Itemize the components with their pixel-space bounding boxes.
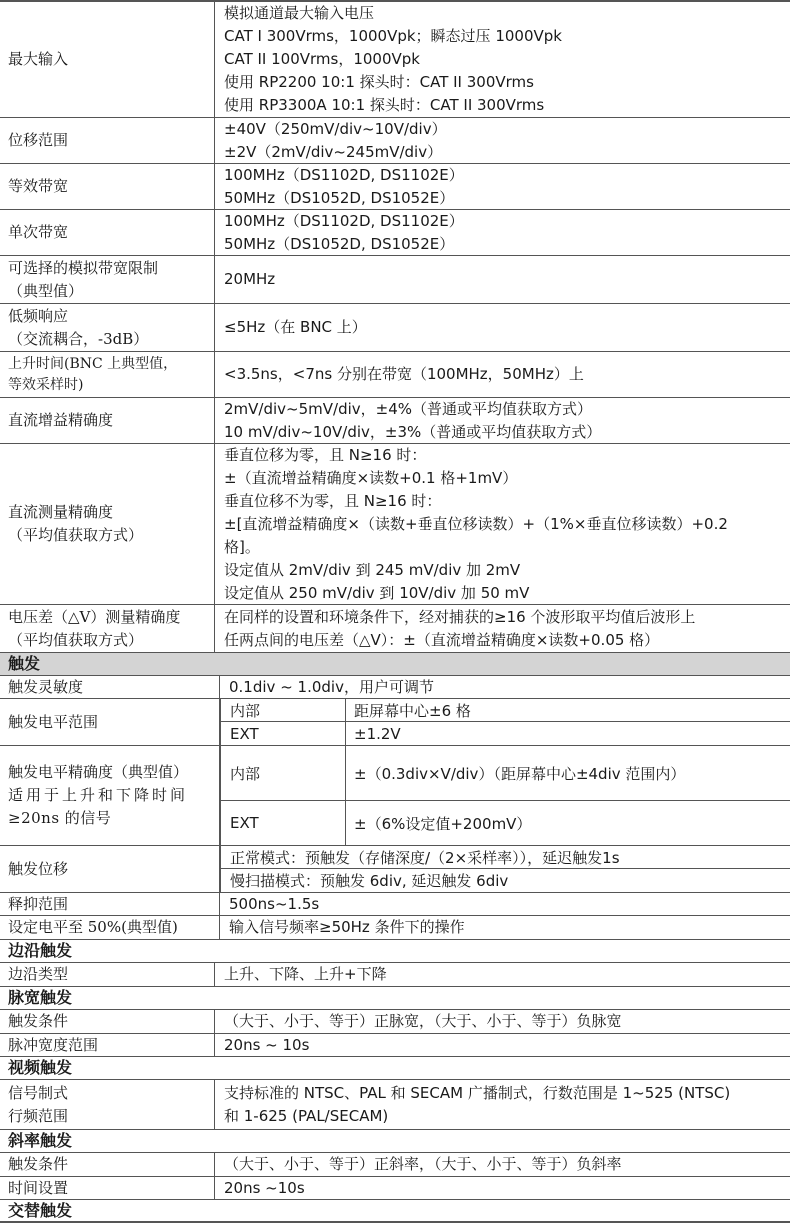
value-cell: ±1.2V bbox=[346, 722, 790, 745]
label-line: 触发条件 bbox=[8, 1010, 214, 1033]
label-line: 电压差（△V）测量精确度 bbox=[8, 606, 214, 629]
label-line: 触发位移 bbox=[8, 858, 219, 881]
value-line: 模拟通道最大输入电压 bbox=[224, 2, 790, 25]
value-line: 使用 RP2200 10:1 探头时：CAT II 300Vrms bbox=[224, 71, 790, 94]
label-line: 脉冲宽度范围 bbox=[8, 1034, 214, 1057]
label-line: （典型值） bbox=[8, 280, 214, 303]
source-cell: EXT bbox=[221, 801, 346, 845]
spec-row-trigger-level-accuracy: 触发电平精确度（典型值） 适用于上升和下降时间 ≥20ns 的信号 内部 ±（0… bbox=[0, 746, 790, 846]
spec-label: 脉冲宽度范围 bbox=[0, 1034, 215, 1056]
label-line: 可选择的模拟带宽限制 bbox=[8, 257, 214, 280]
subrow-ext: EXT ±（6%设定值+200mV） bbox=[221, 801, 790, 845]
spec-value: 在同样的设置和环境条件下，经对捕获的≥16 个波形取平均值后波形上 任两点间的电… bbox=[215, 605, 790, 652]
source-cell: 内部 bbox=[221, 699, 346, 721]
spec-row-edge-type: 边沿类型 上升、下降、上升+下降 bbox=[0, 963, 790, 987]
label-line: 信号制式 bbox=[8, 1082, 214, 1105]
value-line: ±[直流增益精确度×（读数+垂直位移读数）+（1%×垂直位移读数）+0.2 bbox=[224, 513, 790, 536]
label-line: 等效带宽 bbox=[8, 175, 214, 198]
spec-row-pulse-width-range: 脉冲宽度范围 20ns ~ 10s bbox=[0, 1034, 790, 1057]
label-line: （平均值获取方式） bbox=[8, 629, 214, 652]
spec-label: 单次带宽 bbox=[0, 210, 215, 255]
spec-row-slope-time: 时间设置 20ns ~10s bbox=[0, 1177, 790, 1200]
value-line: 0.1div ~ 1.0div，用户可调节 bbox=[229, 676, 790, 699]
spec-row-offset-range: 位移范围 ±40V（250mV/div~10V/div） ±2V（2mV/div… bbox=[0, 118, 790, 164]
label-line: 时间设置 bbox=[8, 1177, 214, 1200]
label-line: 边沿类型 bbox=[8, 963, 214, 986]
spec-value-subtable: 正常模式：预触发（存储深度/（2×采样率）），延迟触发1s 慢扫描模式：预触发 … bbox=[220, 846, 790, 892]
value-line: CAT I 300Vrms，1000Vpk；瞬态过压 1000Vpk bbox=[224, 25, 790, 48]
spec-label: 电压差（△V）测量精确度 （平均值获取方式） bbox=[0, 605, 215, 652]
spec-label: 最大输入 bbox=[0, 2, 215, 117]
spec-row-slope-condition: 触发条件 （大于、小于、等于）正斜率，（大于、小于、等于）负斜率 bbox=[0, 1153, 790, 1177]
value-line: 20MHz bbox=[224, 268, 790, 291]
spec-row-trigger-sensitivity: 触发灵敏度 0.1div ~ 1.0div，用户可调节 bbox=[0, 676, 790, 699]
value-line: 100MHz（DS1102D, DS1102E） bbox=[224, 210, 790, 233]
spec-label: 位移范围 bbox=[0, 118, 215, 163]
value-line: 使用 RP3300A 10:1 探头时：CAT II 300Vrms bbox=[224, 94, 790, 117]
spec-value: 100MHz（DS1102D, DS1102E） 50MHz（DS1052D, … bbox=[215, 164, 790, 209]
subrow-internal: 内部 ±（0.3div×V/div）（距屏幕中心±4div 范围内） bbox=[221, 746, 790, 801]
value-line: CAT II 100Vrms，1000Vpk bbox=[224, 48, 790, 71]
value-line: 垂直位移为零，且 N≥16 时： bbox=[224, 444, 790, 467]
value-line: 设定值从 250 mV/div 到 10V/div 加 50 mV bbox=[224, 582, 790, 605]
spec-value: ≤5Hz（在 BNC 上） bbox=[215, 304, 790, 351]
spec-row-dc-gain-accuracy: 直流增益精确度 2mV/div~5mV/div，±4%（普通或平均值获取方式） … bbox=[0, 398, 790, 444]
label-line: 行频范围 bbox=[8, 1105, 214, 1128]
subrow-normal-mode: 正常模式：预触发（存储深度/（2×采样率）），延迟触发1s bbox=[221, 846, 790, 869]
spec-label: 上升时间(BNC 上典型值， 等效采样时) bbox=[0, 352, 215, 397]
spec-value: （大于、小于、等于）正脉宽，（大于、小于、等于）负脉宽 bbox=[215, 1010, 790, 1033]
spec-value: 2mV/div~5mV/div，±4%（普通或平均值获取方式） 10 mV/di… bbox=[215, 398, 790, 443]
label-line: 最大输入 bbox=[8, 48, 214, 71]
label-line: 触发电平范围 bbox=[8, 711, 219, 734]
spec-row-bandwidth-limit: 可选择的模拟带宽限制 （典型值） 20MHz bbox=[0, 256, 790, 304]
value-line: 输入信号频率≥50Hz 条件下的操作 bbox=[229, 916, 790, 939]
spec-value: （大于、小于、等于）正斜率，（大于、小于、等于）负斜率 bbox=[215, 1153, 790, 1176]
value-line: 50MHz（DS1052D, DS1052E） bbox=[224, 233, 790, 256]
subrow-slow-scan-mode: 慢扫描模式：预触发 6div, 延迟触发 6div bbox=[221, 869, 790, 892]
value-line: 50MHz（DS1052D, DS1052E） bbox=[224, 187, 790, 210]
spec-row-holdoff: 释抑范围 500ns~1.5s bbox=[0, 893, 790, 916]
spec-value: 输入信号频率≥50Hz 条件下的操作 bbox=[220, 916, 790, 939]
label-line: 直流增益精确度 bbox=[8, 409, 214, 432]
label-line: 触发电平精确度（典型值） bbox=[8, 761, 219, 784]
spec-label: 设定电平至 50%(典型值) bbox=[0, 916, 220, 939]
value-line: ≤5Hz（在 BNC 上） bbox=[224, 316, 790, 339]
value-line: 设定值从 2mV/div 到 245 mV/div 加 2mV bbox=[224, 559, 790, 582]
spec-label: 触发条件 bbox=[0, 1010, 215, 1033]
spec-row-max-input: 最大输入 模拟通道最大输入电压 CAT I 300Vrms，1000Vpk；瞬态… bbox=[0, 0, 790, 118]
spec-value: 20ns ~10s bbox=[215, 1177, 790, 1199]
value-line: 支持标准的 NTSC、PAL 和 SECAM 广播制式，行数范围是 1~525 … bbox=[224, 1082, 790, 1105]
spec-label: 释抑范围 bbox=[0, 893, 220, 915]
label-line: 释抑范围 bbox=[8, 893, 219, 916]
value-line: 上升、下降、上升+下降 bbox=[224, 963, 790, 986]
section-header-edge-trigger: 边沿触发 bbox=[0, 940, 790, 963]
label-line: 上升时间(BNC 上典型值， bbox=[8, 354, 214, 375]
spec-row-equivalent-bandwidth: 等效带宽 100MHz（DS1102D, DS1102E） 50MHz（DS10… bbox=[0, 164, 790, 210]
value-cell: 距屏幕中心±6 格 bbox=[346, 699, 790, 721]
spec-row-single-shot-bandwidth: 单次带宽 100MHz（DS1102D, DS1102E） 50MHz（DS10… bbox=[0, 210, 790, 256]
value-line: ±（直流增益精确度×读数+0.1 格+1mV） bbox=[224, 467, 790, 490]
spec-label: 直流增益精确度 bbox=[0, 398, 215, 443]
source-cell: EXT bbox=[221, 722, 346, 745]
value-line: （大于、小于、等于）正斜率，（大于、小于、等于）负斜率 bbox=[224, 1153, 790, 1176]
label-line: ≥20ns 的信号 bbox=[8, 807, 219, 830]
value-line: 20ns ~ 10s bbox=[224, 1034, 790, 1057]
spec-row-delta-v-accuracy: 电压差（△V）测量精确度 （平均值获取方式） 在同样的设置和环境条件下，经对捕获… bbox=[0, 605, 790, 653]
section-header-slope-trigger: 斜率触发 bbox=[0, 1130, 790, 1153]
spec-label: 信号制式 行频范围 bbox=[0, 1080, 215, 1129]
spec-value: <3.5ns，<7ns 分别在带宽（100MHz，50MHz）上 bbox=[215, 352, 790, 397]
value-line: ±40V（250mV/div~10V/div） bbox=[224, 118, 790, 141]
spec-value: 20ns ~ 10s bbox=[215, 1034, 790, 1056]
spec-row-video-standard: 信号制式 行频范围 支持标准的 NTSC、PAL 和 SECAM 广播制式，行数… bbox=[0, 1080, 790, 1130]
spec-value: ±40V（250mV/div~10V/div） ±2V（2mV/div~245m… bbox=[215, 118, 790, 163]
section-header-trigger: 触发 bbox=[0, 653, 790, 676]
spec-row-trigger-level-range: 触发电平范围 内部 距屏幕中心±6 格 EXT ±1.2V bbox=[0, 699, 790, 746]
spec-label: 直流测量精确度 （平均值获取方式） bbox=[0, 444, 215, 604]
spec-value: 100MHz（DS1102D, DS1102E） 50MHz（DS1052D, … bbox=[215, 210, 790, 255]
spec-row-set-level-50: 设定电平至 50%(典型值) 输入信号频率≥50Hz 条件下的操作 bbox=[0, 916, 790, 940]
spec-row-low-frequency-response: 低频响应 （交流耦合，-3dB） ≤5Hz（在 BNC 上） bbox=[0, 304, 790, 352]
spec-value: 上升、下降、上升+下降 bbox=[215, 963, 790, 986]
spec-label: 触发电平精确度（典型值） 适用于上升和下降时间 ≥20ns 的信号 bbox=[0, 746, 220, 845]
spec-value: 20MHz bbox=[215, 256, 790, 303]
value-line: 20ns ~10s bbox=[224, 1177, 790, 1200]
section-header-video-trigger: 视频触发 bbox=[0, 1057, 790, 1080]
subrow-internal: 内部 距屏幕中心±6 格 bbox=[221, 699, 790, 722]
source-cell: 内部 bbox=[221, 746, 346, 800]
label-line: （交流耦合，-3dB） bbox=[8, 328, 214, 351]
value-line: 和 1-625 (PAL/SECAM) bbox=[224, 1105, 790, 1128]
label-line: 等效采样时) bbox=[8, 375, 214, 396]
spec-value-subtable: 内部 距屏幕中心±6 格 EXT ±1.2V bbox=[220, 699, 790, 745]
spec-value: 支持标准的 NTSC、PAL 和 SECAM 广播制式，行数范围是 1~525 … bbox=[215, 1080, 790, 1129]
spec-row-pulse-condition: 触发条件 （大于、小于、等于）正脉宽，（大于、小于、等于）负脉宽 bbox=[0, 1010, 790, 1034]
spec-label: 触发灵敏度 bbox=[0, 676, 220, 698]
value-line: 在同样的设置和环境条件下，经对捕获的≥16 个波形取平均值后波形上 bbox=[224, 606, 790, 629]
value-cell: 慢扫描模式：预触发 6div, 延迟触发 6div bbox=[221, 869, 790, 892]
spec-label: 边沿类型 bbox=[0, 963, 215, 986]
label-line: 单次带宽 bbox=[8, 221, 214, 244]
spec-label: 低频响应 （交流耦合，-3dB） bbox=[0, 304, 215, 351]
spec-value: 模拟通道最大输入电压 CAT I 300Vrms，1000Vpk；瞬态过压 10… bbox=[215, 2, 790, 117]
spec-value: 500ns~1.5s bbox=[220, 893, 790, 915]
value-line: 100MHz（DS1102D, DS1102E） bbox=[224, 164, 790, 187]
label-line: 触发灵敏度 bbox=[8, 676, 219, 699]
spec-value: 垂直位移为零，且 N≥16 时： ±（直流增益精确度×读数+0.1 格+1mV）… bbox=[215, 444, 790, 604]
subrow-ext: EXT ±1.2V bbox=[221, 722, 790, 745]
value-cell: 正常模式：预触发（存储深度/（2×采样率）），延迟触发1s bbox=[221, 846, 790, 868]
value-line: ±2V（2mV/div~245mV/div） bbox=[224, 141, 790, 164]
value-line: 任两点间的电压差（△V）：±（直流增益精确度×读数+0.05 格） bbox=[224, 629, 790, 652]
spec-label: 等效带宽 bbox=[0, 164, 215, 209]
spec-row-dc-measurement-accuracy: 直流测量精确度 （平均值获取方式） 垂直位移为零，且 N≥16 时： ±（直流增… bbox=[0, 444, 790, 605]
label-line: 触发条件 bbox=[8, 1153, 214, 1176]
label-line: 低频响应 bbox=[8, 305, 214, 328]
value-line: （大于、小于、等于）正脉宽，（大于、小于、等于）负脉宽 bbox=[224, 1010, 790, 1033]
spec-label: 触发电平范围 bbox=[0, 699, 220, 745]
section-header-alternate-trigger: 交替触发 bbox=[0, 1200, 790, 1223]
label-line: （平均值获取方式） bbox=[8, 524, 214, 547]
spec-table: 最大输入 模拟通道最大输入电压 CAT I 300Vrms，1000Vpk；瞬态… bbox=[0, 0, 790, 1223]
spec-label: 可选择的模拟带宽限制 （典型值） bbox=[0, 256, 215, 303]
value-line: <3.5ns，<7ns 分别在带宽（100MHz，50MHz）上 bbox=[224, 363, 790, 386]
spec-label: 触发条件 bbox=[0, 1153, 215, 1176]
value-line: 垂直位移不为零，且 N≥16 时： bbox=[224, 490, 790, 513]
value-line: 500ns~1.5s bbox=[229, 893, 790, 916]
spec-row-trigger-position: 触发位移 正常模式：预触发（存储深度/（2×采样率）），延迟触发1s 慢扫描模式… bbox=[0, 846, 790, 893]
value-line: 10 mV/div~10V/div，±3%（普通或平均值获取方式） bbox=[224, 421, 790, 444]
spec-row-rise-time: 上升时间(BNC 上典型值， 等效采样时) <3.5ns，<7ns 分别在带宽（… bbox=[0, 352, 790, 398]
label-line: 位移范围 bbox=[8, 129, 214, 152]
value-line: 2mV/div~5mV/div，±4%（普通或平均值获取方式） bbox=[224, 398, 790, 421]
label-line: 适用于上升和下降时间 bbox=[8, 784, 219, 807]
value-cell: ±（6%设定值+200mV） bbox=[346, 801, 790, 845]
value-line: 格]。 bbox=[224, 536, 790, 559]
spec-value-subtable: 内部 ±（0.3div×V/div）（距屏幕中心±4div 范围内） EXT ±… bbox=[220, 746, 790, 845]
label-line: 设定电平至 50%(典型值) bbox=[8, 916, 219, 939]
spec-label: 触发位移 bbox=[0, 846, 220, 892]
section-header-pulse-trigger: 脉宽触发 bbox=[0, 987, 790, 1010]
spec-label: 时间设置 bbox=[0, 1177, 215, 1199]
label-line: 直流测量精确度 bbox=[8, 501, 214, 524]
spec-value: 0.1div ~ 1.0div，用户可调节 bbox=[220, 676, 790, 698]
value-cell: ±（0.3div×V/div）（距屏幕中心±4div 范围内） bbox=[346, 746, 790, 800]
